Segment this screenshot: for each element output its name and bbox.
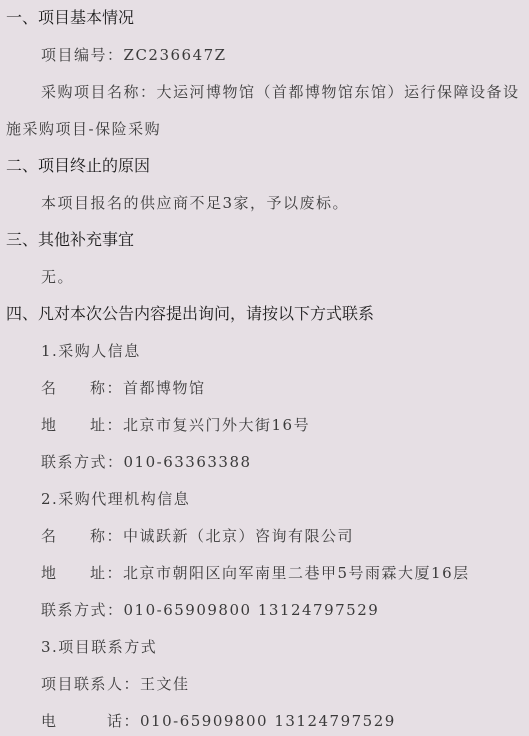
purchaser-name-value: 首都博物馆 [123, 379, 206, 397]
project-number-label: 项目编号： [41, 46, 124, 64]
agency-contact-label: 联系方式： [41, 601, 124, 619]
project-number-value: ZC236647Z [124, 46, 227, 64]
project-contact-phone-label-a: 电 [41, 708, 107, 734]
agency-name-label-a: 名 [41, 523, 90, 549]
project-contact-phone-value: 010-65909800 13124797529 [140, 712, 396, 730]
section-heading-project-info: 一、项目基本情况 [6, 5, 134, 31]
termination-reason-text: 本项目报名的供应商不足3家，予以废标。 [41, 190, 349, 216]
section-heading-termination-reason: 二、项目终止的原因 [6, 153, 150, 179]
purchaser-name-label-b: 称： [90, 379, 123, 397]
agency-name-line: 名称：中诚跃新（北京）咨询有限公司 [41, 523, 354, 549]
purchaser-contact-line: 联系方式：010-63363388 [41, 449, 252, 475]
purchaser-address-line: 地址：北京市复兴门外大街16号 [41, 412, 310, 438]
purchaser-contact-value: 010-63363388 [124, 453, 252, 471]
project-name-value-line1: 大运河博物馆（首都博物馆东馆）运行保障设备设 [157, 83, 520, 101]
project-contact-person-line: 项目联系人：王文佳 [41, 671, 190, 697]
purchaser-address-label-b: 址： [90, 416, 123, 434]
purchaser-name-label-a: 名 [41, 375, 90, 401]
other-matters-text: 无。 [41, 264, 74, 290]
purchaser-address-value: 北京市复兴门外大街16号 [123, 416, 310, 434]
project-contact-phone-label-b: 话： [107, 712, 140, 730]
purchaser-address-label-a: 地 [41, 412, 90, 438]
project-name-line: 采购项目名称：大运河博物馆（首都博物馆东馆）运行保障设备设 [41, 79, 520, 105]
agency-name-label-b: 称： [90, 527, 123, 545]
section-heading-contact: 四、凡对本次公告内容提出询问，请按以下方式联系 [6, 301, 374, 327]
agency-contact-value: 010-65909800 13124797529 [124, 601, 380, 619]
agency-address-line: 地址：北京市朝阳区向军南里二巷甲5号雨霖大厦16层 [41, 560, 470, 586]
agency-name-value: 中诚跃新（北京）咨询有限公司 [123, 527, 354, 545]
project-contact-phone-line: 电话：010-65909800 13124797529 [41, 708, 396, 734]
project-contact-title: 3.项目联系方式 [41, 634, 157, 660]
project-number-line: 项目编号：ZC236647Z [41, 42, 227, 68]
purchaser-info-title: 1.采购人信息 [41, 338, 141, 364]
agency-address-label-a: 地 [41, 560, 90, 586]
section-heading-other-matters: 三、其他补充事宜 [6, 227, 134, 253]
agency-info-title: 2.采购代理机构信息 [41, 486, 190, 512]
agency-address-label-b: 址： [90, 564, 123, 582]
project-name-label: 采购项目名称： [41, 83, 157, 101]
project-contact-person-label: 项目联系人： [41, 675, 140, 693]
purchaser-name-line: 名称：首都博物馆 [41, 375, 206, 401]
project-contact-person-value: 王文佳 [140, 675, 190, 693]
agency-address-value: 北京市朝阳区向军南里二巷甲5号雨霖大厦16层 [123, 564, 470, 582]
purchaser-contact-label: 联系方式： [41, 453, 124, 471]
project-name-continuation: 施采购项目-保险采购 [6, 116, 161, 142]
agency-contact-line: 联系方式：010-65909800 13124797529 [41, 597, 379, 623]
